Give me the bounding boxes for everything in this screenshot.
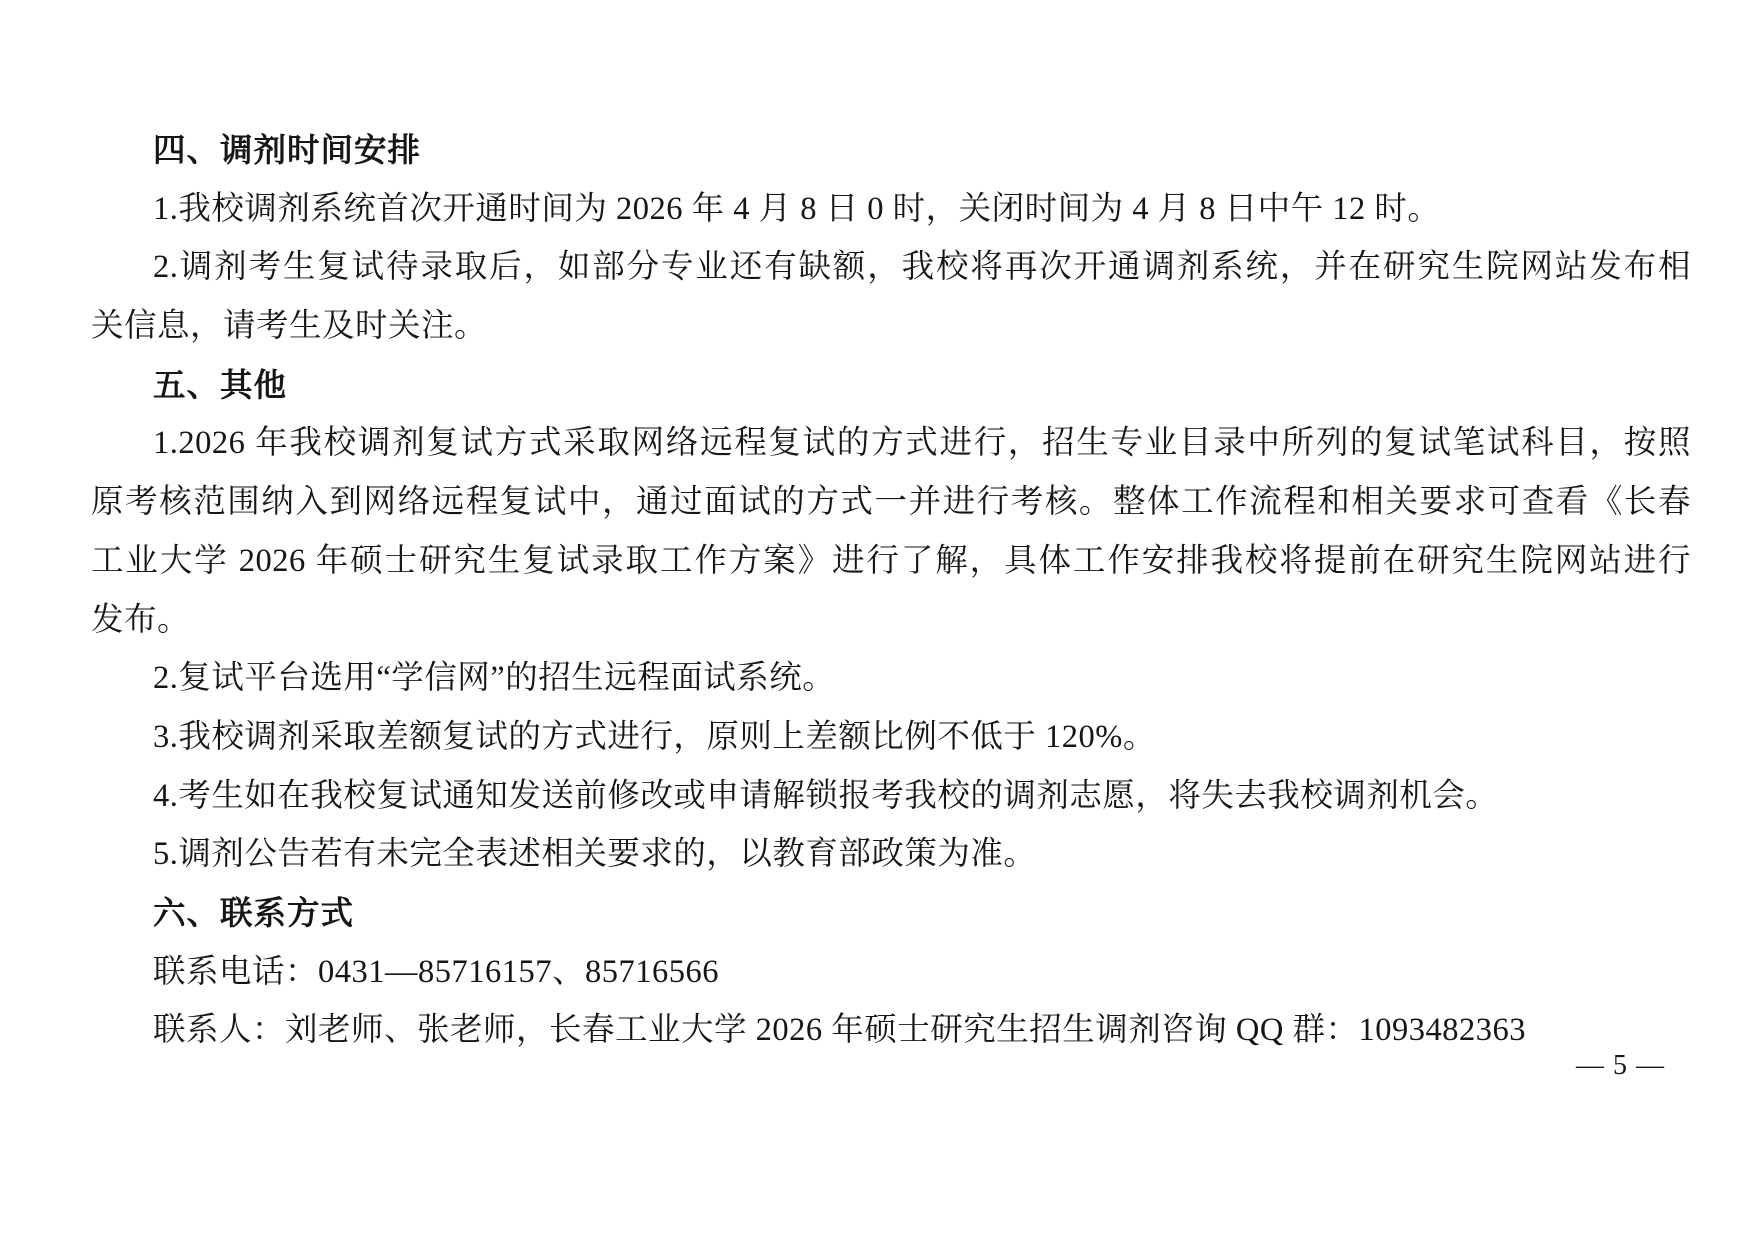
- document-page: 四、调剂时间安排 1.我校调剂系统首次开通时间为 2026 年 4 月 8 日 …: [0, 0, 1753, 1240]
- contact-phone-line: 联系电话：0431—85716157、85716566: [91, 943, 1691, 1002]
- page-number: — 5 —: [1576, 1046, 1665, 1086]
- section5-item4: 4.考生如在我校复试通知发送前修改或申请解锁报考我校的调剂志愿，将失去我校调剂机…: [91, 767, 1691, 826]
- contact-person-line: 联系人：刘老师、张老师，长春工业大学 2026 年硕士研究生招生调剂咨询 QQ …: [91, 1001, 1691, 1060]
- section5-item1-line4: 发布。: [91, 591, 1691, 650]
- section5-item2: 2.复试平台选用“学信网”的招生远程面试系统。: [91, 649, 1691, 708]
- section5-item1-line1: 1.2026 年我校调剂复试方式采取网络远程复试的方式进行，招生专业目录中所列的…: [91, 414, 1691, 473]
- section5-item1-line3: 工业大学 2026 年硕士研究生复试录取工作方案》进行了解，具体工作安排我校将提…: [91, 532, 1691, 591]
- section4-item2-line2: 关信息，请考生及时关注。: [91, 297, 1691, 356]
- section5-item5: 5.调剂公告若有未完全表述相关要求的，以教育部政策为准。: [91, 825, 1691, 884]
- document-content: 四、调剂时间安排 1.我校调剂系统首次开通时间为 2026 年 4 月 8 日 …: [91, 121, 1691, 1060]
- section5-item1-line2: 原考核范围纳入到网络远程复试中，通过面试的方式一并进行考核。整体工作流程和相关要…: [91, 473, 1691, 532]
- section4-item2-line1: 2.调剂考生复试待录取后，如部分专业还有缺额，我校将再次开通调剂系统，并在研究生…: [91, 238, 1691, 297]
- section5-item3: 3.我校调剂采取差额复试的方式进行，原则上差额比例不低于 120%。: [91, 708, 1691, 767]
- section4-title: 四、调剂时间安排: [91, 121, 1691, 180]
- section6-title: 六、联系方式: [91, 884, 1691, 943]
- section4-item1: 1.我校调剂系统首次开通时间为 2026 年 4 月 8 日 0 时，关闭时间为…: [91, 180, 1691, 239]
- section5-title: 五、其他: [91, 356, 1691, 415]
